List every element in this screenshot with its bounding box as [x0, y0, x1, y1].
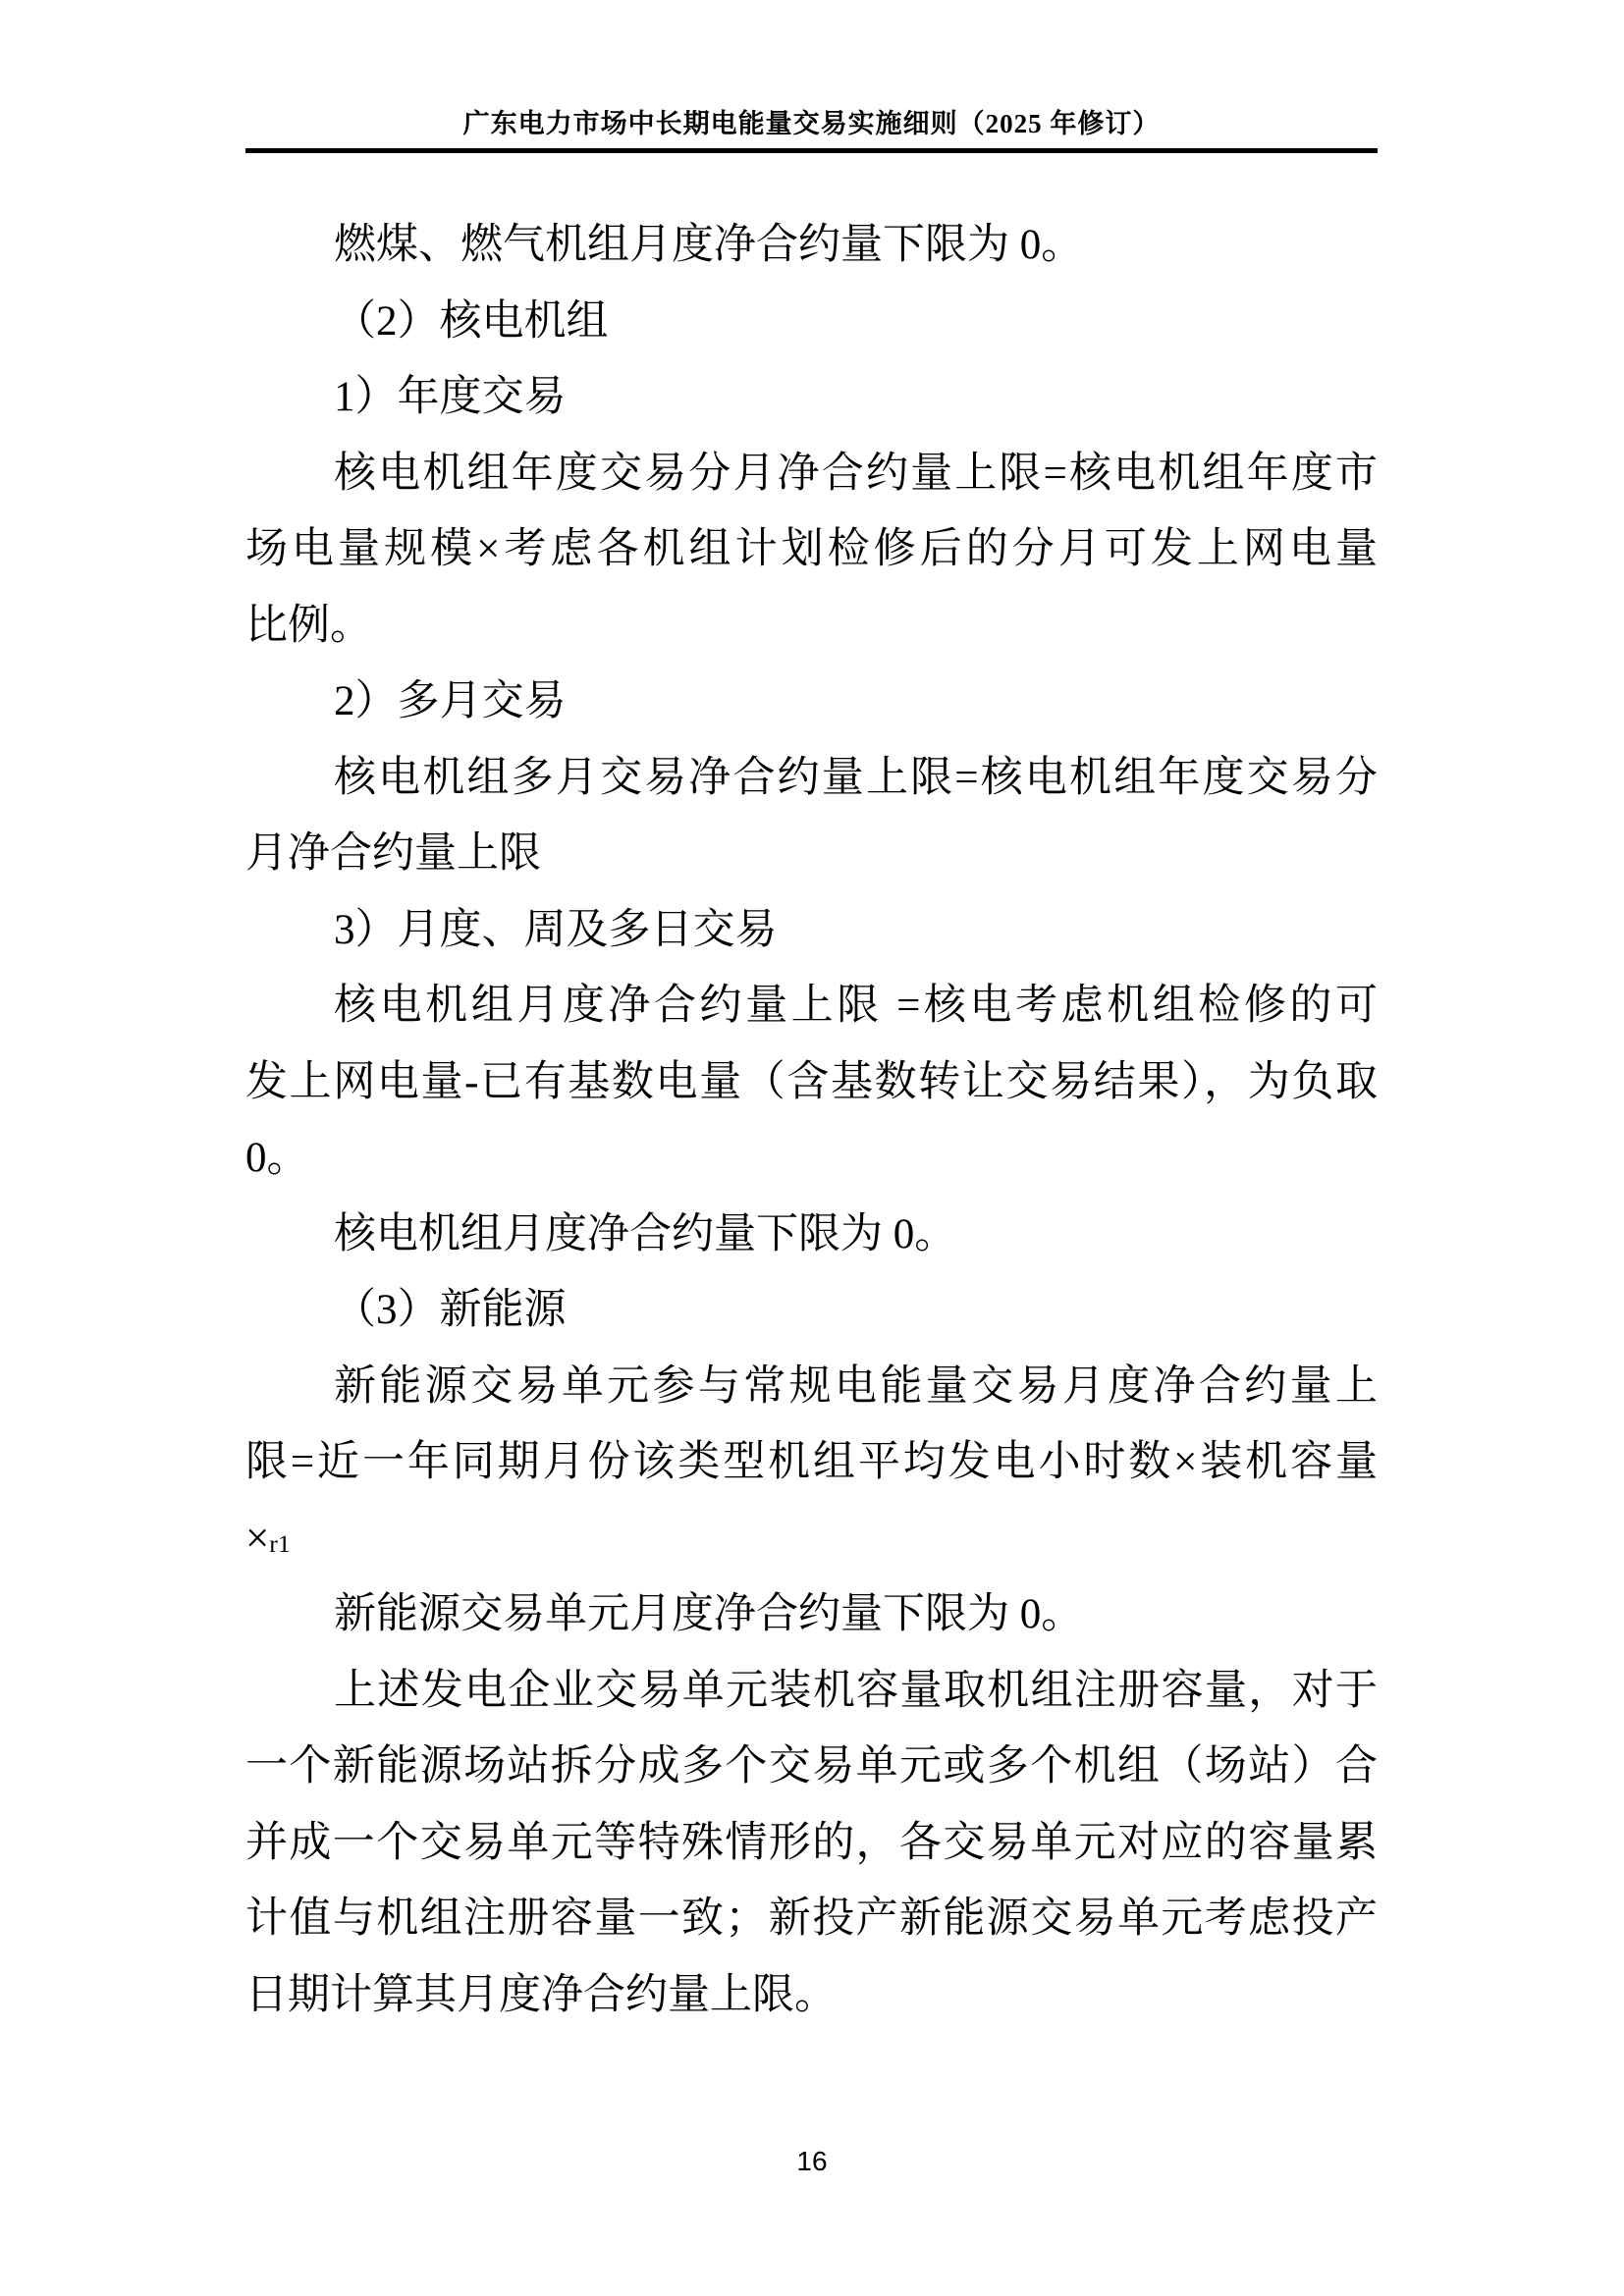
text-line: 场电量规模×考虑各机组计划检修后的分月可发上网电量: [245, 511, 1378, 588]
text-line: 月净合约量上限: [245, 816, 1378, 892]
text-line: 新能源交易单元参与常规电能量交易月度净合约量上: [245, 1349, 1378, 1425]
text-line: 发上网电量-已有基数电量（含基数转让交易结果），为负取: [245, 1044, 1378, 1121]
text-line: ×r1: [245, 1501, 1378, 1577]
text-line: 3）月度、周及多日交易: [245, 892, 1378, 969]
text-line: 2）多月交易: [245, 664, 1378, 740]
text-line: 核电机组月度净合约量上限 =核电考虑机组检修的可: [245, 968, 1378, 1044]
text-line: 比例。: [245, 588, 1378, 665]
text-line: 核电机组年度交易分月净合约量上限=核电机组年度市: [245, 436, 1378, 512]
text-line: 新能源交易单元月度净合约量下限为 0。: [245, 1576, 1378, 1653]
text-line: （2）核电机组: [245, 284, 1378, 360]
page-number: 16: [0, 2146, 1624, 2177]
variable-text: r1: [269, 1529, 291, 1558]
text-line: 核电机组多月交易净合约量上限=核电机组年度交易分: [245, 740, 1378, 817]
header-rule: [245, 148, 1378, 153]
document-body: 燃煤、燃气机组月度净合约量下限为 0。（2）核电机组1）年度交易核电机组年度交易…: [245, 207, 1378, 2033]
text-line: 燃煤、燃气机组月度净合约量下限为 0。: [245, 207, 1378, 284]
text-line: 计值与机组注册容量一致；新投产新能源交易单元考虑投产: [245, 1881, 1378, 1957]
text-line: 日期计算其月度净合约量上限。: [245, 1957, 1378, 2034]
header-title: 广东电力市场中长期电能量交易实施细则（2025 年修订）: [245, 104, 1378, 143]
page: 广东电力市场中长期电能量交易实施细则（2025 年修订） 燃煤、燃气机组月度净合…: [0, 0, 1624, 2296]
text-line: （3）新能源: [245, 1272, 1378, 1349]
text-line: 并成一个交易单元等特殊情形的，各交易单元对应的容量累: [245, 1805, 1378, 1882]
text-line: 核电机组月度净合约量下限为 0。: [245, 1197, 1378, 1273]
text-line: 上述发电企业交易单元装机容量取机组注册容量，对于: [245, 1653, 1378, 1730]
text-line: 一个新能源场站拆分成多个交易单元或多个机组（场站）合: [245, 1729, 1378, 1805]
text-line: 0。: [245, 1120, 1378, 1197]
text-line: 限=近一年同期月份该类型机组平均发电小时数×装机容量: [245, 1424, 1378, 1501]
text-line: 1）年度交易: [245, 359, 1378, 436]
